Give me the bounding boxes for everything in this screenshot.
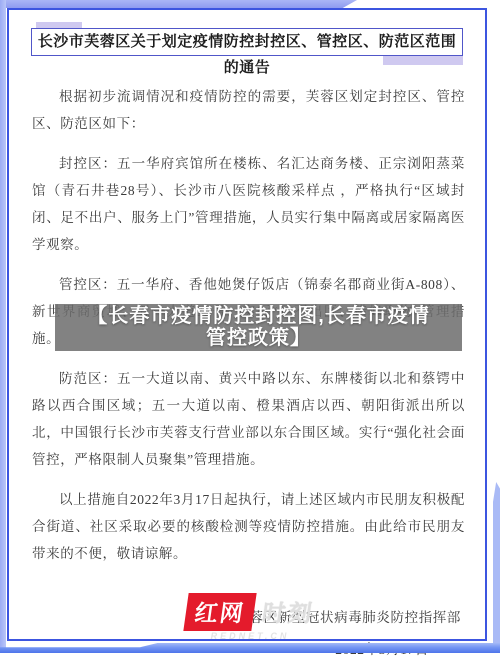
rednet-logo: 红网 时刻 REDNET.CN bbox=[0, 593, 500, 641]
top-edge-ribbon bbox=[0, 0, 357, 8]
rednet-logo-red-badge: 红网 bbox=[183, 593, 256, 631]
watermark-line-1: 【长春市疫情防控封控图,长春市疫情 bbox=[55, 305, 462, 327]
paragraph-precaution-zone: 防范区：五一大道以南、黄兴中路以东、东牌楼街以北和蔡锷中路以西合围区域；五一大道… bbox=[32, 365, 465, 473]
title-accent-bottom-right bbox=[383, 56, 463, 65]
notice-body: 根据初步流调情况和疫情防控的需要，芙蓉区划定封控区、管控区、防范区如下： 封控区… bbox=[9, 83, 485, 656]
rednet-logo-gray-text: 时刻 bbox=[260, 595, 317, 628]
paragraph-intro: 根据初步流调情况和疫情防控的需要，芙蓉区划定封控区、管控区、防范区如下： bbox=[32, 83, 465, 137]
paragraph-sealed-zone: 封控区：五一华府宾馆所在楼栋、名汇达商务楼、正宗浏阳蒸菜馆（青石井巷28号）、长… bbox=[32, 150, 465, 258]
rednet-logo-mark: 红网 时刻 bbox=[183, 593, 317, 631]
rednet-logo-subtitle: REDNET.CN bbox=[0, 631, 500, 641]
watermark-overlay: 【长春市疫情防控封控图,长春市疫情 管控政策】 bbox=[55, 304, 462, 351]
paragraph-closing: 以上措施自2022年3月17日起执行，请上述区域内市民朋友积极配合街道、社区采取… bbox=[32, 486, 465, 567]
notice-title-box: 长沙市芙蓉区关于划定疫情防控封控区、管控区、防范区范围的通告 bbox=[31, 28, 463, 56]
watermark-line-2: 管控政策】 bbox=[55, 327, 462, 349]
notice-page: 长沙市芙蓉区关于划定疫情防控封控区、管控区、防范区范围的通告 根据初步流调情况和… bbox=[0, 0, 500, 656]
left-edge-ribbon bbox=[0, 0, 6, 648]
notice-title: 长沙市芙蓉区关于划定疫情防控封控区、管控区、防范区范围的通告 bbox=[38, 33, 457, 76]
